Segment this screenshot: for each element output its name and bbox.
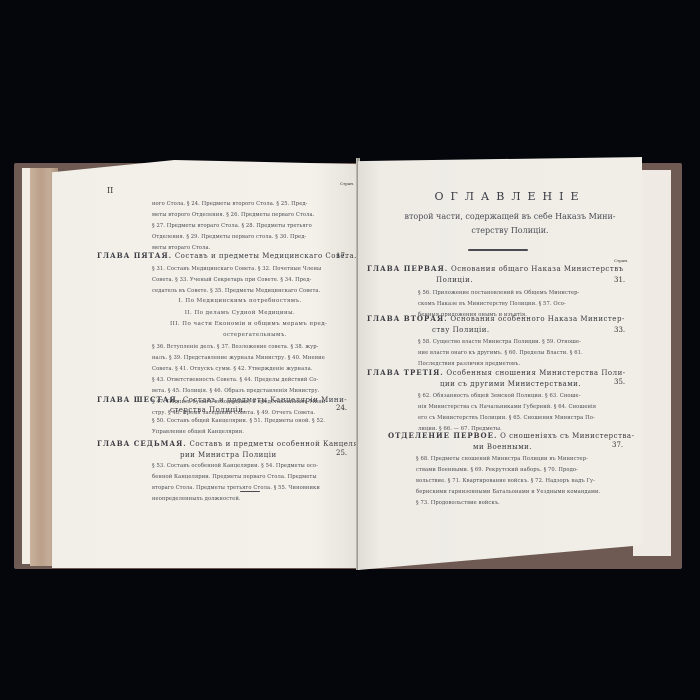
text-line: бернскими гарнизонными Батальонами и Уез…: [416, 487, 600, 498]
chapter-title-cont: рии Министра Полиціи: [180, 449, 277, 461]
text-line: § 58. Существо власти Министра Полиции. …: [418, 337, 583, 348]
text-line: втораго Стола. Предметы третьяго Стола. …: [152, 483, 320, 494]
text-line: Отделения. § 29. Предметы перваго стола.…: [152, 232, 315, 243]
subsection-3: III. По части Економіи и общимъ мерамъ п…: [170, 321, 350, 327]
chapter-label: ГЛАВА ШЕСТАЯ.: [97, 395, 180, 404]
section-title: О сношеніяхъ съ Министерства-: [500, 432, 634, 440]
chapter-heading: ГЛАВА ПЕРВАЯ. Основания общаго Наказа Ми…: [367, 263, 624, 275]
subheading-line: второй части, содержащей въ себе Наказъ …: [395, 210, 625, 224]
chapter-title-cont: Полиціи.: [436, 274, 473, 286]
text-line: § 56. Приложение постановлений въ Общемъ…: [418, 288, 579, 299]
chapter-heading: ГЛАВА ПЯТАЯ. Составъ и предметы Медицинс…: [97, 250, 357, 262]
text-line: меты второго Отделения. § 26. Предметы п…: [152, 210, 315, 221]
text-line: бенной Канцелярии. Предметы перваго Стол…: [152, 472, 320, 483]
text-line: седатель въ Совете. § 35. Предметы Медиц…: [152, 286, 321, 297]
chapter-title-cont: ции съ другими Министерствами.: [440, 378, 581, 390]
section-page: 37.: [612, 441, 623, 449]
chapter-label: ГЛАВА ТРЕТІЯ.: [367, 368, 444, 377]
section-label: ОТДЕЛЕНИЕ ПЕРВОЕ.: [388, 431, 497, 440]
chapter-page: 31.: [614, 276, 625, 284]
text-line: вольствие. § 71. Квартирование войскъ. §…: [416, 476, 600, 487]
chapter-text: § 58. Существо власти Министра Полиции. …: [418, 337, 583, 370]
subheading-line: стерству Полиціи.: [395, 224, 625, 238]
chapter-page: 24.: [336, 404, 347, 412]
text-line: Совета. § 41. Отпускъ сумм. § 42. Утверж…: [152, 364, 327, 375]
page-column-label: Стран.: [340, 181, 354, 186]
text-line: § 62. Обязанность общей Земской Полиции.…: [418, 391, 596, 402]
subsection-1: I. По Медицинскимъ потребностямъ.: [170, 298, 310, 304]
text-line: § 36. Вступленіе делъ. § 37. Возложение …: [152, 342, 327, 353]
text-line: его съ Министерствъ Полиции. § 65. Сноше…: [418, 413, 596, 424]
chapter-title-cont: стерства Полиціи.: [170, 404, 246, 416]
chapter-title: Основания общаго Наказа Министерствъ: [451, 265, 624, 273]
subsection-2: II. По деламъ Судной Медицины.: [170, 310, 310, 316]
text-line: § 43. Ответственность Совета. § 44. Пред…: [152, 375, 327, 386]
text-line: § 27. Предметы втораго Стола. § 28. Пред…: [152, 221, 315, 232]
chapter-title: Основания особенного Наказа Министер-: [450, 315, 624, 323]
chapter-text: § 50. Составъ общей Канцелярии. § 51. Пр…: [152, 416, 325, 438]
text-line: налъ. § 39. Представление журнала Минист…: [152, 353, 327, 364]
chapter-title: Составъ и предметы особенной Канцеля-: [189, 440, 361, 448]
text-line: § 31. Составъ Медицинскаго Совета. § 32.…: [152, 264, 321, 275]
chapter-label: ГЛАВА СЕДЬМАЯ.: [97, 439, 187, 448]
chapter-title: Составъ и предметы Медицинскаго Совета.: [175, 252, 357, 260]
text-line: Управление общей Канцелярии.: [152, 427, 325, 438]
text-line: § 68. Предметы сношений Министра Полиции…: [416, 454, 600, 465]
text-line: ние власти онаго къ другимъ. § 60. Преде…: [418, 348, 583, 359]
contents-subheading: второй части, содержащей въ себе Наказъ …: [395, 210, 625, 238]
title-rule: [468, 249, 528, 251]
open-book-photo: II Стран. ного Стола. § 24. Предметы вто…: [0, 0, 700, 700]
text-line: скомъ Наказе въ Министерству Полиции. § …: [418, 299, 579, 310]
chapter-heading: ГЛАВА ВТОРАЯ. Основания особенного Наказ…: [367, 313, 625, 325]
text-line: ного Стола. § 24. Предметы второго Стола…: [152, 199, 315, 210]
section-title-cont: ми Военными.: [473, 441, 532, 453]
chapter-title: Особенныя сношения Министерства Поли-: [446, 369, 625, 377]
chapter-page: 25.: [336, 449, 347, 457]
text-line: § 50. Составъ общей Канцелярии. § 51. Пр…: [152, 416, 325, 427]
section-text: § 68. Предметы сношений Министра Полиции…: [416, 454, 600, 509]
text-line: нія Министерства съ Начальниками Губерни…: [418, 402, 596, 413]
chapter-title-cont: ству Полиціи.: [432, 324, 490, 336]
chapter-label: ГЛАВА ПЕРВАЯ.: [367, 264, 448, 273]
text-line: неопределенныхъ должностей.: [152, 494, 320, 505]
chapter-title: Составъ и предметы Канцеляріи Мини-: [183, 396, 347, 404]
intro-text: ного Стола. § 24. Предметы второго Стола…: [152, 199, 315, 254]
chapter-page: 35.: [614, 378, 625, 386]
chapter-label: ГЛАВА ПЯТАЯ.: [97, 251, 172, 260]
text-line: Совета. § 33. Ученый Секретарь при Совет…: [152, 275, 321, 286]
chapter-page: 33.: [614, 326, 625, 334]
subsection-3-cont: остерегательнымъ.: [200, 332, 310, 338]
text-line: § 73. Продовольствие войскъ.: [416, 498, 600, 509]
text-line: ствами Военными. § 69. Рекрутский наборъ…: [416, 465, 600, 476]
chapter-text: § 31. Составъ Медицинскаго Совета. § 32.…: [152, 264, 321, 297]
text-line: § 53. Составъ особенной Канцелярии. § 54…: [152, 461, 320, 472]
end-rule: [240, 491, 260, 492]
page-number: II: [107, 186, 113, 195]
chapter-label: ГЛАВА ВТОРАЯ.: [367, 314, 448, 323]
chapter-text: § 62. Обязанность общей Земской Полиции.…: [418, 391, 596, 435]
chapter-text: § 53. Составъ особенной Канцелярии. § 54…: [152, 461, 320, 505]
contents-heading: ОГЛАВЛЕНІЕ: [420, 190, 600, 203]
chapter-page: 17.: [336, 252, 347, 260]
